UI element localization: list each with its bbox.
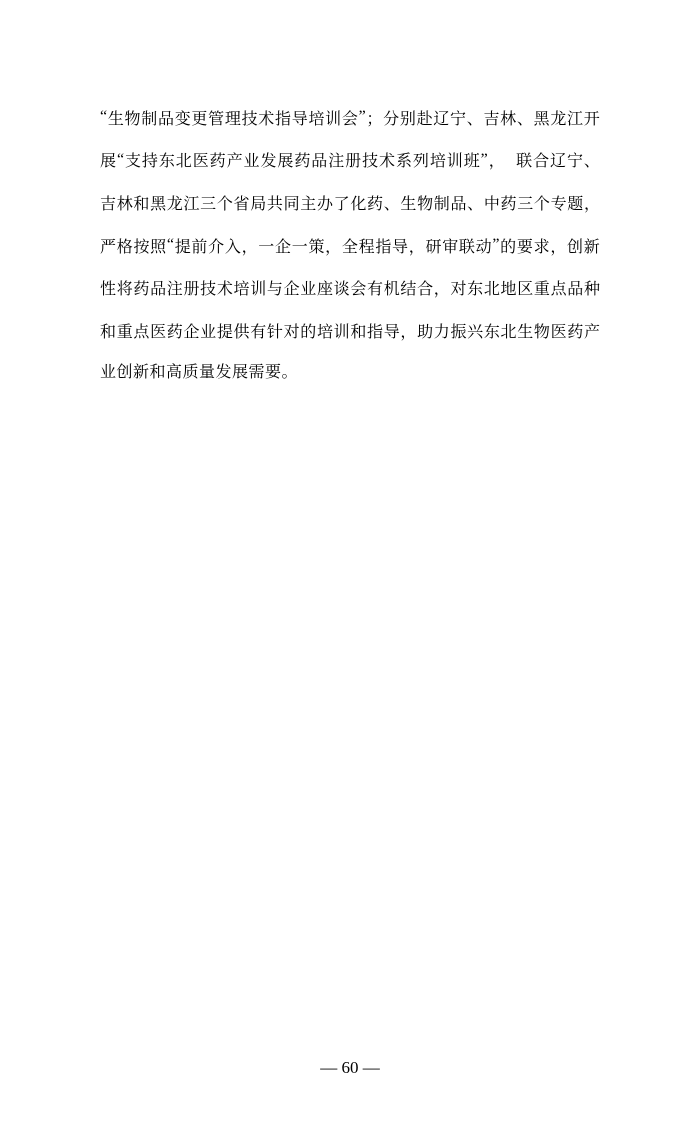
paragraph-line-3: 吉林和黑龙江三个省局共同主办了化药、生物制品、中药三个专题， [100, 181, 600, 224]
paragraph-line-2: 展“支持东北医药产业发展药品注册技术系列培训班”， 联合辽宁、 [100, 139, 600, 182]
paragraph-line-4: 严格按照“提前介入，一企一策，全程指导，研审联动”的要求，创新 [100, 224, 600, 267]
paragraph-line-7: 业创新和高质量发展需要。 [100, 352, 600, 395]
paragraph-line-6: 和重点医药企业提供有针对的培训和指导，助力振兴东北生物医药产 [100, 309, 600, 352]
paragraph: “生物制品变更管理技术指导培训会”；分别赴辽宁、吉林、黑龙江开 展“支持东北医药… [100, 96, 600, 394]
paragraph-line-1: “生物制品变更管理技术指导培训会”；分别赴辽宁、吉林、黑龙江开 [100, 96, 600, 139]
document-page: “生物制品变更管理技术指导培训会”；分别赴辽宁、吉林、黑龙江开 展“支持东北医药… [0, 0, 700, 1148]
page-number: — 60 — [320, 1058, 380, 1077]
page-footer: — 60 — [0, 1056, 700, 1080]
paragraph-line-5: 性将药品注册技术培训与企业座谈会有机结合，对东北地区重点品种 [100, 266, 600, 309]
